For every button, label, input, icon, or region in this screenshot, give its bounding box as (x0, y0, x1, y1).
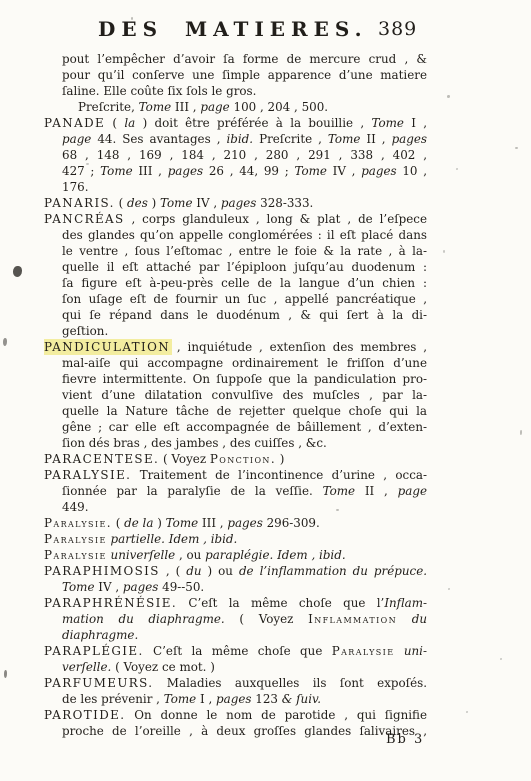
text-segment: 68 , 148 , 169 , 184 , 210 , 280 , 291 ,… (62, 148, 427, 162)
text-segment: pages (168, 164, 203, 178)
text-segment: PARAPHIMOSIS (44, 564, 160, 578)
index-text-line: pour qu’il conſerve une ſimple apparence… (44, 67, 427, 83)
text-segment: des (127, 196, 148, 210)
text-segment: 123 (252, 692, 282, 706)
text-segment: Tome (160, 196, 192, 210)
ink-speck (456, 168, 458, 170)
index-text-line: Tome IV , pages 49--50. (44, 579, 427, 595)
text-segment: & ſuiv. (282, 692, 321, 706)
text-segment: PARACENTESE. (44, 452, 159, 466)
text-segment: Preſcrite , (253, 132, 328, 146)
text-segment: III , (133, 164, 168, 178)
text-segment: pages (227, 516, 262, 530)
text-segment: ibid. (226, 132, 253, 146)
text-segment: pages (216, 692, 251, 706)
text-segment: ſa figure eſt à-peu-près celle de la lan… (62, 276, 427, 290)
text-segment: Ponction. (210, 452, 276, 466)
text-segment: Tome (100, 164, 132, 178)
ink-speck (500, 658, 502, 660)
text-segment: ( (105, 116, 124, 130)
text-segment: pages (221, 196, 256, 210)
text-segment: ( (112, 516, 124, 530)
text-segment: Tome (323, 484, 355, 498)
index-text-line: Preſcrite, Tome III , page 100 , 204 , 5… (44, 99, 427, 115)
text-segment: 449. (62, 500, 88, 514)
index-text-line: Paralysie. ( de la ) Tome III , pages 29… (44, 515, 427, 531)
index-text-line: PARFUMEURS. Maladies auxquelles ils ſont… (44, 675, 427, 691)
text-segment: des glandes qu’on appelle conglomérées :… (62, 228, 427, 242)
index-text-line: ſaline. Elle coûte ſix ſols le gros. (44, 83, 427, 99)
text-segment: ) (276, 452, 284, 466)
text-segment: ſon uſage eſt de fournir un ſuc , appell… (62, 292, 427, 306)
index-text-line: 176. (44, 179, 427, 195)
text-segment: Tome (166, 516, 198, 530)
ink-speck (3, 338, 7, 346)
index-text-line: Paralysie partielle. Idem , ibid. (44, 531, 427, 547)
text-segment: page (200, 100, 229, 114)
text-segment: Paralysie (332, 644, 395, 658)
index-text-line: pout l’empêcher d’avoir ſa forme de merc… (44, 51, 427, 67)
index-text-line: gêne ; car elle eſt accompagnée de bâill… (44, 419, 427, 435)
text-segment: Inflammation (308, 612, 397, 626)
index-text-line: vient d’une dilatation convulſive des mu… (44, 387, 427, 403)
text-segment: Inflam- (384, 596, 427, 610)
text-segment: ( Voyez (159, 452, 210, 466)
index-text-line: PANADE ( la ) doit être préférée à la bo… (44, 115, 427, 131)
index-text-line: proche de l’oreille , à deux groſſes gla… (44, 723, 427, 739)
text-segment: diaphragme. (62, 628, 138, 642)
index-text-line: mal-aiſe qui accompagne ordinairement le… (44, 355, 427, 371)
text-segment: IV , (193, 196, 221, 210)
text-segment: uni- (404, 644, 427, 658)
text-segment: 10 , (397, 164, 427, 178)
text-segment: Tome (139, 100, 171, 114)
text-segment: de les prévenir , (62, 692, 164, 706)
text-segment: 26 , 44, 99 ; (203, 164, 294, 178)
text-segment: PAROTIDE. (44, 708, 125, 722)
index-text-line: ſionnée par la paralyſie de la veſſie. T… (44, 483, 427, 499)
text-segment: paraplégie. (205, 548, 273, 562)
ink-speck (520, 430, 522, 435)
text-segment: du (186, 564, 201, 578)
index-text-line: qui ſe répand dans le duodénum , & qui ſ… (44, 307, 427, 323)
text-segment: partielle. (111, 532, 165, 546)
text-segment (394, 644, 403, 658)
text-segment: verſelle. (62, 660, 111, 674)
text-segment: Paralysie. (44, 516, 112, 530)
text-segment: PARAPHRÉNÉSIE. (44, 596, 177, 610)
text-segment: pout l’empêcher d’avoir ſa forme de merc… (62, 52, 427, 66)
text-segment: Idem , ibid. (277, 548, 346, 562)
text-segment: la (124, 116, 135, 130)
text-segment: ) (148, 196, 160, 210)
text-segment: I , (404, 116, 427, 130)
text-segment (397, 612, 412, 626)
text-segment: ( Voyez ce mot. ) (111, 660, 215, 674)
text-segment: gêne ; car elle eſt accompagnée de bâill… (62, 420, 427, 434)
text-segment: ſionnée par la paralyſie de la veſſie. (62, 484, 323, 498)
text-segment: 328-333. (256, 196, 313, 210)
index-text-line: verſelle. ( Voyez ce mot. ) (44, 659, 427, 675)
index-text-line: PAROTIDE. On donne le nom de parotide , … (44, 707, 427, 723)
text-segment: II , (355, 484, 398, 498)
ink-speck (4, 670, 7, 678)
text-segment: PANCRÉAS (44, 212, 125, 226)
index-text-line: PARALYSIE. Traitement de l’incontinence … (44, 467, 427, 483)
index-text-line: PANDICULATION , inquiétude , extenſion d… (44, 339, 427, 355)
ink-speck (515, 147, 518, 149)
text-segment: page (62, 132, 91, 146)
index-text-line: quelle la Nature tâche de rejetter quelq… (44, 403, 427, 419)
ink-speck (443, 250, 445, 253)
text-segment: C’eſt la même choſe que l’ (177, 596, 384, 610)
index-text-line: mation du diaphragme. ( Voyez Inflammati… (44, 611, 427, 627)
index-text-line: PANARIS. ( des ) Tome IV , pages 328-333… (44, 195, 427, 211)
running-head: DES MATIERES. 389 (0, 17, 531, 47)
text-segment: Idem , ibid. (169, 532, 238, 546)
index-text-line: diaphragme. (44, 627, 427, 643)
text-segment: pages (361, 164, 396, 178)
index-text-line: de les prévenir , Tome I , pages 123 & ſ… (44, 691, 427, 707)
text-segment: univerſelle (111, 548, 176, 562)
text-segment: Tome (328, 132, 360, 146)
text-segment: , corps glanduleux , long & plat , de l’… (125, 212, 427, 226)
index-text-line: PARAPHRÉNÉSIE. C’eſt la même choſe que l… (44, 595, 427, 611)
page-number: 389 (378, 18, 417, 40)
text-segment: du (412, 612, 427, 626)
text-segment: , ou (175, 548, 205, 562)
text-segment: 427 ; (62, 164, 100, 178)
text-segment: Preſcrite, (78, 100, 139, 114)
text-segment: ſaline. Elle coûte ſix ſols le gros. (62, 84, 256, 98)
index-text-line: fievre intermittente. On ſuppoſe que la … (44, 371, 427, 387)
text-segment: page (398, 484, 427, 498)
index-text-line: ſa figure eſt à-peu-près celle de la lan… (44, 275, 427, 291)
text-segment: PARFUMEURS. (44, 676, 153, 690)
index-text-line: 449. (44, 499, 427, 515)
index-text-line: le ventre , ſous l’eſtomac , entre le fo… (44, 243, 427, 259)
text-segment: 296-309. (263, 516, 320, 530)
text-segment: Paralysie (44, 548, 107, 562)
index-text-line: Paralysie univerſelle , ou paraplégie. I… (44, 547, 427, 563)
signature-mark: Bb 3 (386, 732, 424, 747)
ink-speck (466, 711, 468, 713)
text-segment: pages (392, 132, 427, 146)
text-segment: ) (153, 516, 165, 530)
text-segment: Tome (371, 116, 403, 130)
text-segment: ) ou (202, 564, 239, 578)
ink-speck (448, 588, 450, 590)
text-segment: IV , (327, 164, 361, 178)
text-segment: proche de l’oreille , à deux groſſes gla… (62, 724, 427, 738)
text-segment: Tome (62, 580, 94, 594)
page-title: DES MATIERES. (98, 17, 368, 41)
text-segment: ) doit être préférée à la bouillie , (135, 116, 371, 130)
text-segment: geſtion. (62, 324, 108, 338)
text-segment: 100 , 204 , 500. (230, 100, 328, 114)
ink-speck (13, 266, 22, 277)
text-segment: mal-aiſe qui accompagne ordinairement le… (62, 356, 427, 370)
text-segment: II , (360, 132, 391, 146)
text-segment: 176. (62, 180, 88, 194)
text-segment: quelle il eſt attaché par l’épiploon juſ… (62, 260, 427, 274)
text-segment: pour qu’il conſerve une ſimple apparence… (62, 68, 427, 82)
text-segment: , ( (160, 564, 186, 578)
text-segment: PARAPLÉGIE. (44, 644, 144, 658)
text-segment: PARALYSIE. (44, 468, 131, 482)
text-segment: de l’inflammation du prépuce. (239, 564, 427, 578)
text-segment: Tome (294, 164, 326, 178)
text-segment: pages (123, 580, 158, 594)
text-segment: qui ſe répand dans le duodénum , & qui ſ… (62, 308, 427, 322)
index-text-line: des glandes qu’on appelle conglomérées :… (44, 227, 427, 243)
text-segment: ( Voyez (225, 612, 308, 626)
index-text-line: quelle il eſt attaché par l’épiploon juſ… (44, 259, 427, 275)
highlighted-term: PANDICULATION (44, 340, 170, 354)
text-segment: mation du diaphragme. (62, 612, 225, 626)
text-block: pout l’empêcher d’avoir ſa forme de merc… (44, 51, 427, 739)
text-segment: quelle la Nature tâche de rejetter quelq… (62, 404, 427, 418)
text-segment: C’eſt la même choſe que (144, 644, 332, 658)
book-page: DES MATIERES. 389 pout l’empêcher d’avoi… (0, 0, 531, 781)
text-segment: 44. Ses avantages , (91, 132, 226, 146)
index-text-line: 427 ; Tome III , pages 26 , 44, 99 ; Tom… (44, 163, 427, 179)
text-segment: III , (171, 100, 200, 114)
index-text-line: PANCRÉAS , corps glanduleux , long & pla… (44, 211, 427, 227)
text-segment: ( (115, 196, 127, 210)
index-text-line: PARAPHIMOSIS , ( du ) ou de l’inflammati… (44, 563, 427, 579)
index-text-line: geſtion. (44, 323, 427, 339)
text-segment: PANARIS. (44, 196, 115, 210)
text-segment: , inquiétude , extenſion des membres , (170, 340, 427, 354)
index-text-line: PARACENTESE. ( Voyez Ponction. ) (44, 451, 427, 467)
text-segment: fievre intermittente. On ſuppoſe que la … (62, 372, 427, 386)
text-segment: ſion dés bras , des jambes , des cuiſſes… (62, 436, 327, 450)
index-text-line: ſion dés bras , des jambes , des cuiſſes… (44, 435, 427, 451)
text-segment: Paralysie (44, 532, 107, 546)
text-segment: Traitement de l’incontinence d’urine , o… (131, 468, 427, 482)
index-text-line: ſon uſage eſt de fournir un ſuc , appell… (44, 291, 427, 307)
text-segment: Tome (164, 692, 196, 706)
index-text-line: PARAPLÉGIE. C’eſt la même choſe que Para… (44, 643, 427, 659)
text-segment: I , (196, 692, 216, 706)
text-segment: PANADE (44, 116, 105, 130)
index-text-line: 68 , 148 , 169 , 184 , 210 , 280 , 291 ,… (44, 147, 427, 163)
text-segment: vient d’une dilatation convulſive des mu… (62, 388, 427, 402)
text-segment: On donne le nom de parotide , qui ſignif… (125, 708, 427, 722)
text-segment: 49--50. (158, 580, 204, 594)
text-segment: IV , (94, 580, 122, 594)
text-segment: le ventre , ſous l’eſtomac , entre le fo… (62, 244, 427, 258)
text-segment: de la (124, 516, 153, 530)
index-text-line: page 44. Ses avantages , ibid. Preſcrite… (44, 131, 427, 147)
ink-speck (447, 95, 450, 98)
text-segment: III , (198, 516, 227, 530)
